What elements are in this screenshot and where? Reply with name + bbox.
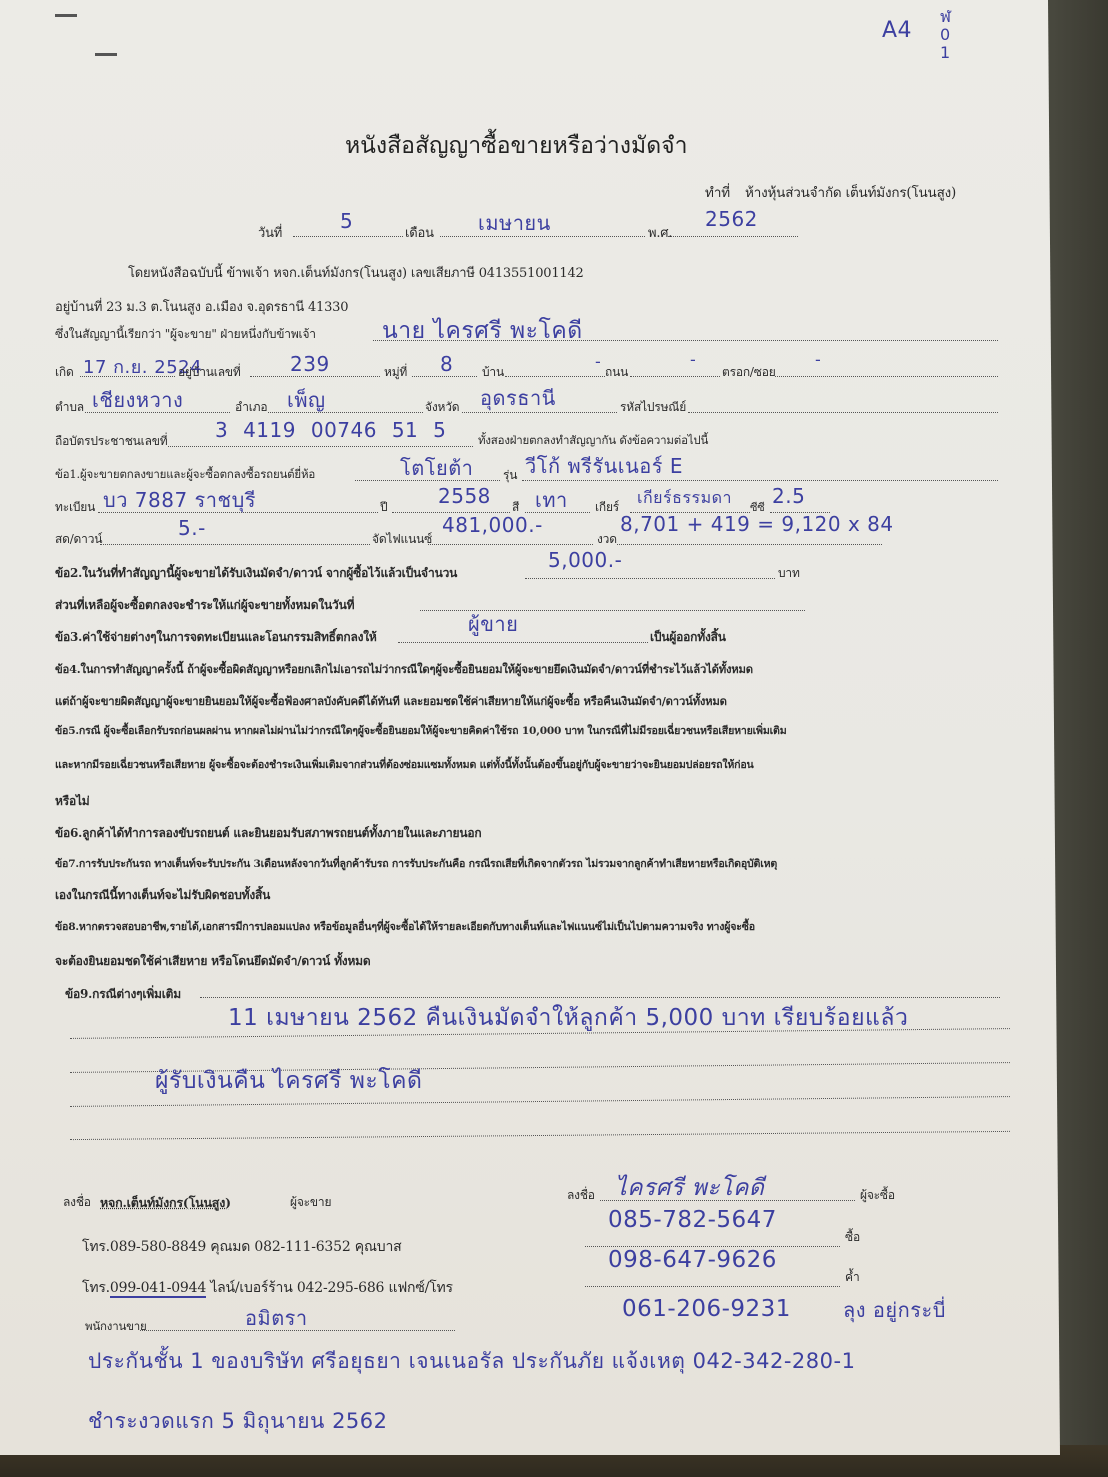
- phone-suffix: ไลน์/เบอร์ร้าน 042-295-686 แฟกซ์/โทร: [210, 1280, 452, 1296]
- baht-label: บาท: [778, 564, 800, 583]
- installment-line: [617, 544, 882, 545]
- id-label: ถือบัตรประชาชนเลขที่: [55, 432, 167, 451]
- year-field-line: [668, 236, 798, 237]
- model-label: รุ่น: [503, 466, 517, 485]
- road-line: [630, 376, 720, 377]
- birth-label: เกิด: [55, 363, 74, 382]
- agree-text: ทั้งสองฝ่ายตกลงทำสัญญากัน ดังข้อความต่อไ…: [478, 432, 708, 450]
- clause-5-line-3: หรือไม่: [55, 792, 90, 811]
- seller-role: ผู้จะขาย: [290, 1193, 331, 1212]
- house-no-label: อยู่บ้านเลขที่: [178, 363, 241, 382]
- clause-2-label: ข้อ2.ในวันที่ทำสัญญานี้ผู้จะขายได้รับเงิ…: [55, 564, 457, 583]
- corner-code: A4: [882, 18, 912, 43]
- car-year-label: ปี: [380, 498, 387, 517]
- seller-signature: หจก.เต็นท์มังกร(โนนสูง): [100, 1193, 231, 1213]
- down-line: [100, 544, 370, 545]
- seller-address: อยู่บ้านที่ 23 ม.3 ต.โนนสูง อ.เมือง จ.อุ…: [55, 296, 348, 317]
- province-label: จังหวัด: [425, 398, 459, 417]
- c9-line-1: [200, 997, 1000, 998]
- party-label: ซึ่งในสัญญานี้เรียกว่า "ผู้จะขาย" ฝ่ายหน…: [55, 325, 316, 344]
- clause-1-label: ข้อ1.ผู้จะขายตกลงขายและผู้จะซื้อตกลงซื้อ…: [55, 466, 315, 484]
- car-plate: บว 7887 ราชบุรี: [103, 484, 256, 516]
- first-payment-note: ชำระงวดแรก 5 มิถุนายน 2562: [88, 1405, 388, 1438]
- village-line: [505, 376, 605, 377]
- c3-payer: ผู้ขาย: [468, 608, 518, 640]
- clause-7-line-2: เองในกรณีนี้ทางเต็นท์จะไม่รับผิดชอบทั้งส…: [55, 886, 270, 905]
- clause-4-line-2: แต่ถ้าผู้จะขายผิดสัญญาผู้จะขายยินยอมให้ผ…: [55, 692, 727, 710]
- clause-5-line-2: และหากมีรอยเฉี่ยวชนหรือเสียหาย ผู้จะซื้อ…: [55, 756, 754, 773]
- day-field-line: [293, 236, 403, 237]
- c3-suffix: เป็นผู้ออกทั้งสิ้น: [650, 628, 726, 647]
- contract-paper: A4 ฬ01 หนังสือสัญญาซื้อขายหรือว่างมัดจำ …: [0, 0, 1060, 1455]
- tambon-value: เชียงหวาง: [92, 384, 183, 416]
- clause-5-line-1: ข้อ5.กรณี ผู้จะซื้อเลือกรับรถก่อนผลผ่าน …: [55, 722, 787, 739]
- clause-9-label: ข้อ9.กรณีต่างๆเพิ่มเติม: [65, 985, 181, 1004]
- soi-line: [775, 376, 998, 377]
- postcode-label: รหัสไปรษณีย์: [620, 398, 686, 417]
- made-at: ห้างหุ้นส่วนจำกัด เต็นท์มังกร(โนนสูง): [745, 181, 956, 203]
- road-value: -: [690, 350, 696, 369]
- deposit-line: [525, 578, 775, 579]
- id-number: 3 4119 00746 51 5: [215, 418, 446, 442]
- day-label: วันที่: [258, 222, 282, 243]
- shop-line-number: 099-041-0944: [110, 1280, 206, 1298]
- clause-8-line-2: จะต้องยินยอมชดใช้ค่าเสียหาย หรือโดนยึดมั…: [55, 952, 370, 971]
- soi-value: -: [815, 350, 821, 369]
- clause-7-line-1: ข้อ7.การรับประกันรถ ทางเต็นท์จะรับประกัน…: [55, 855, 777, 872]
- c3-payer-line: [398, 642, 648, 643]
- corner-marks: ฬ01: [940, 8, 954, 62]
- insurance-note: ประกันชั้น 1 ของบริษัท ศรีอยุธยา เจนเนอร…: [88, 1345, 855, 1378]
- buyer-phone-line-2: [585, 1286, 840, 1287]
- buyer-sign-label: ลงชื่อ: [567, 1186, 595, 1205]
- car-cc: 2.5: [772, 484, 805, 508]
- postcode-line: [688, 412, 998, 413]
- province-value: อุดรธานี: [480, 382, 556, 414]
- down-value: 5.-: [178, 516, 206, 540]
- clause-4-line-1: ข้อ4.ในการทำสัญญาครั้งนี้ ถ้าผู้จะซื้อผิ…: [55, 660, 753, 678]
- finance-label: จัดไฟแนนซ์: [372, 530, 432, 549]
- seller-phones-1: โทร.089-580-8849 คุณมด 082-111-6352 คุณบ…: [82, 1236, 401, 1258]
- soi-label: ตรอก/ซอย: [722, 363, 776, 382]
- document-title: หนังสือสัญญาซื้อขายหรือว่างมัดจำ: [345, 128, 688, 164]
- seller-sign-label: ลงชื่อ: [63, 1193, 91, 1212]
- buyer-role: ผู้จะซื้อ: [860, 1186, 895, 1205]
- car-gear: เกียร์ธรรมดา: [637, 486, 732, 511]
- amphoe-label: อำเภอ: [235, 398, 267, 417]
- installment-label: งวด: [597, 530, 617, 549]
- month-label: เดือน: [405, 222, 434, 243]
- phone-prefix: โทร.: [82, 1280, 110, 1296]
- seller-intro: โดยหนังสือฉบับนี้ ข้าพเจ้า หจก.เต็นท์มัง…: [128, 262, 584, 283]
- finance-value: 481,000.-: [442, 513, 543, 537]
- gear-label: เกียร์: [595, 498, 619, 517]
- house-no-line: [250, 376, 380, 377]
- staple-mark: [95, 53, 117, 56]
- id-line: [168, 446, 473, 447]
- installment-value: 8,701 + 419 = 9,120 x 84: [620, 512, 894, 536]
- house-no-value: 239: [290, 352, 330, 376]
- buyer-phone-2: 098-647-9626: [608, 1247, 777, 1273]
- tambon-label: ตำบล: [55, 398, 84, 417]
- buyer-phone-2-note: ค้ำ: [845, 1268, 860, 1287]
- remaining-label: ส่วนที่เหลือผู้จะซื้อตกลงจะชำระให้แก่ผู้…: [55, 596, 354, 615]
- buyer-phone-3: 061-206-9231: [622, 1296, 791, 1322]
- buyer-phone-1: 085-782-5647: [608, 1207, 777, 1233]
- car-color: เทา: [535, 484, 568, 516]
- day-value: 5: [340, 209, 353, 233]
- year-label: พ.ศ.: [648, 222, 672, 243]
- moo-value: 8: [440, 352, 453, 376]
- salesperson-label: พนักงานขาย: [85, 1318, 147, 1336]
- buyer-phone-1-note: ซื้อ: [845, 1228, 860, 1247]
- village-value: -: [595, 352, 601, 371]
- village-label: บ้าน: [482, 363, 504, 382]
- seller-phones-2: โทร.099-041-0944 ไลน์/เบอร์ร้าน 042-295-…: [82, 1277, 453, 1299]
- month-value: เมษายน: [478, 207, 551, 239]
- staple-mark: [55, 14, 77, 17]
- moo-label: หมู่ที่: [384, 363, 407, 382]
- car-model: วีโก้ พรีรันเนอร์ E: [525, 450, 683, 482]
- down-label: สด/ดาวน์: [55, 530, 102, 549]
- buyer-phone-3-note: ลุง อยู่กระบี่: [843, 1294, 946, 1326]
- finance-line: [428, 544, 593, 545]
- year-value: 2562: [705, 207, 758, 231]
- plate-label: ทะเบียน: [55, 498, 95, 517]
- road-label: ถนน: [605, 363, 628, 382]
- clause-3-label: ข้อ3.ค่าใช้จ่ายต่างๆในการจดทะเบียนและโอน…: [55, 628, 377, 647]
- moo-line: [412, 376, 477, 377]
- deposit-value: 5,000.-: [548, 548, 622, 572]
- made-at-label: ทำที่: [705, 181, 730, 203]
- amphoe-value: เพ็ญ: [287, 384, 326, 416]
- clause-6: ข้อ6.ลูกค้าได้ทำการลองขับรถยนต์ และยินยอ…: [55, 824, 481, 843]
- car-brand: โตโยต้า: [400, 452, 473, 484]
- clause-8-line-1: ข้อ8.หากตรวจสอบอาชีพ,รายได้,เอกสารมีการป…: [55, 918, 755, 935]
- c9-refund-receiver: ผู้รับเงินคืน ไครศรี พะโคดี: [155, 1063, 422, 1099]
- buyer-signature: ไครศรี พะโคดี: [615, 1170, 764, 1206]
- buyer-name: นาย ไครศรี พะโคดี: [382, 313, 583, 349]
- salesperson-name: อมิตรา: [245, 1302, 308, 1334]
- car-year: 2558: [438, 484, 491, 508]
- c9-line-5: [70, 1131, 1010, 1140]
